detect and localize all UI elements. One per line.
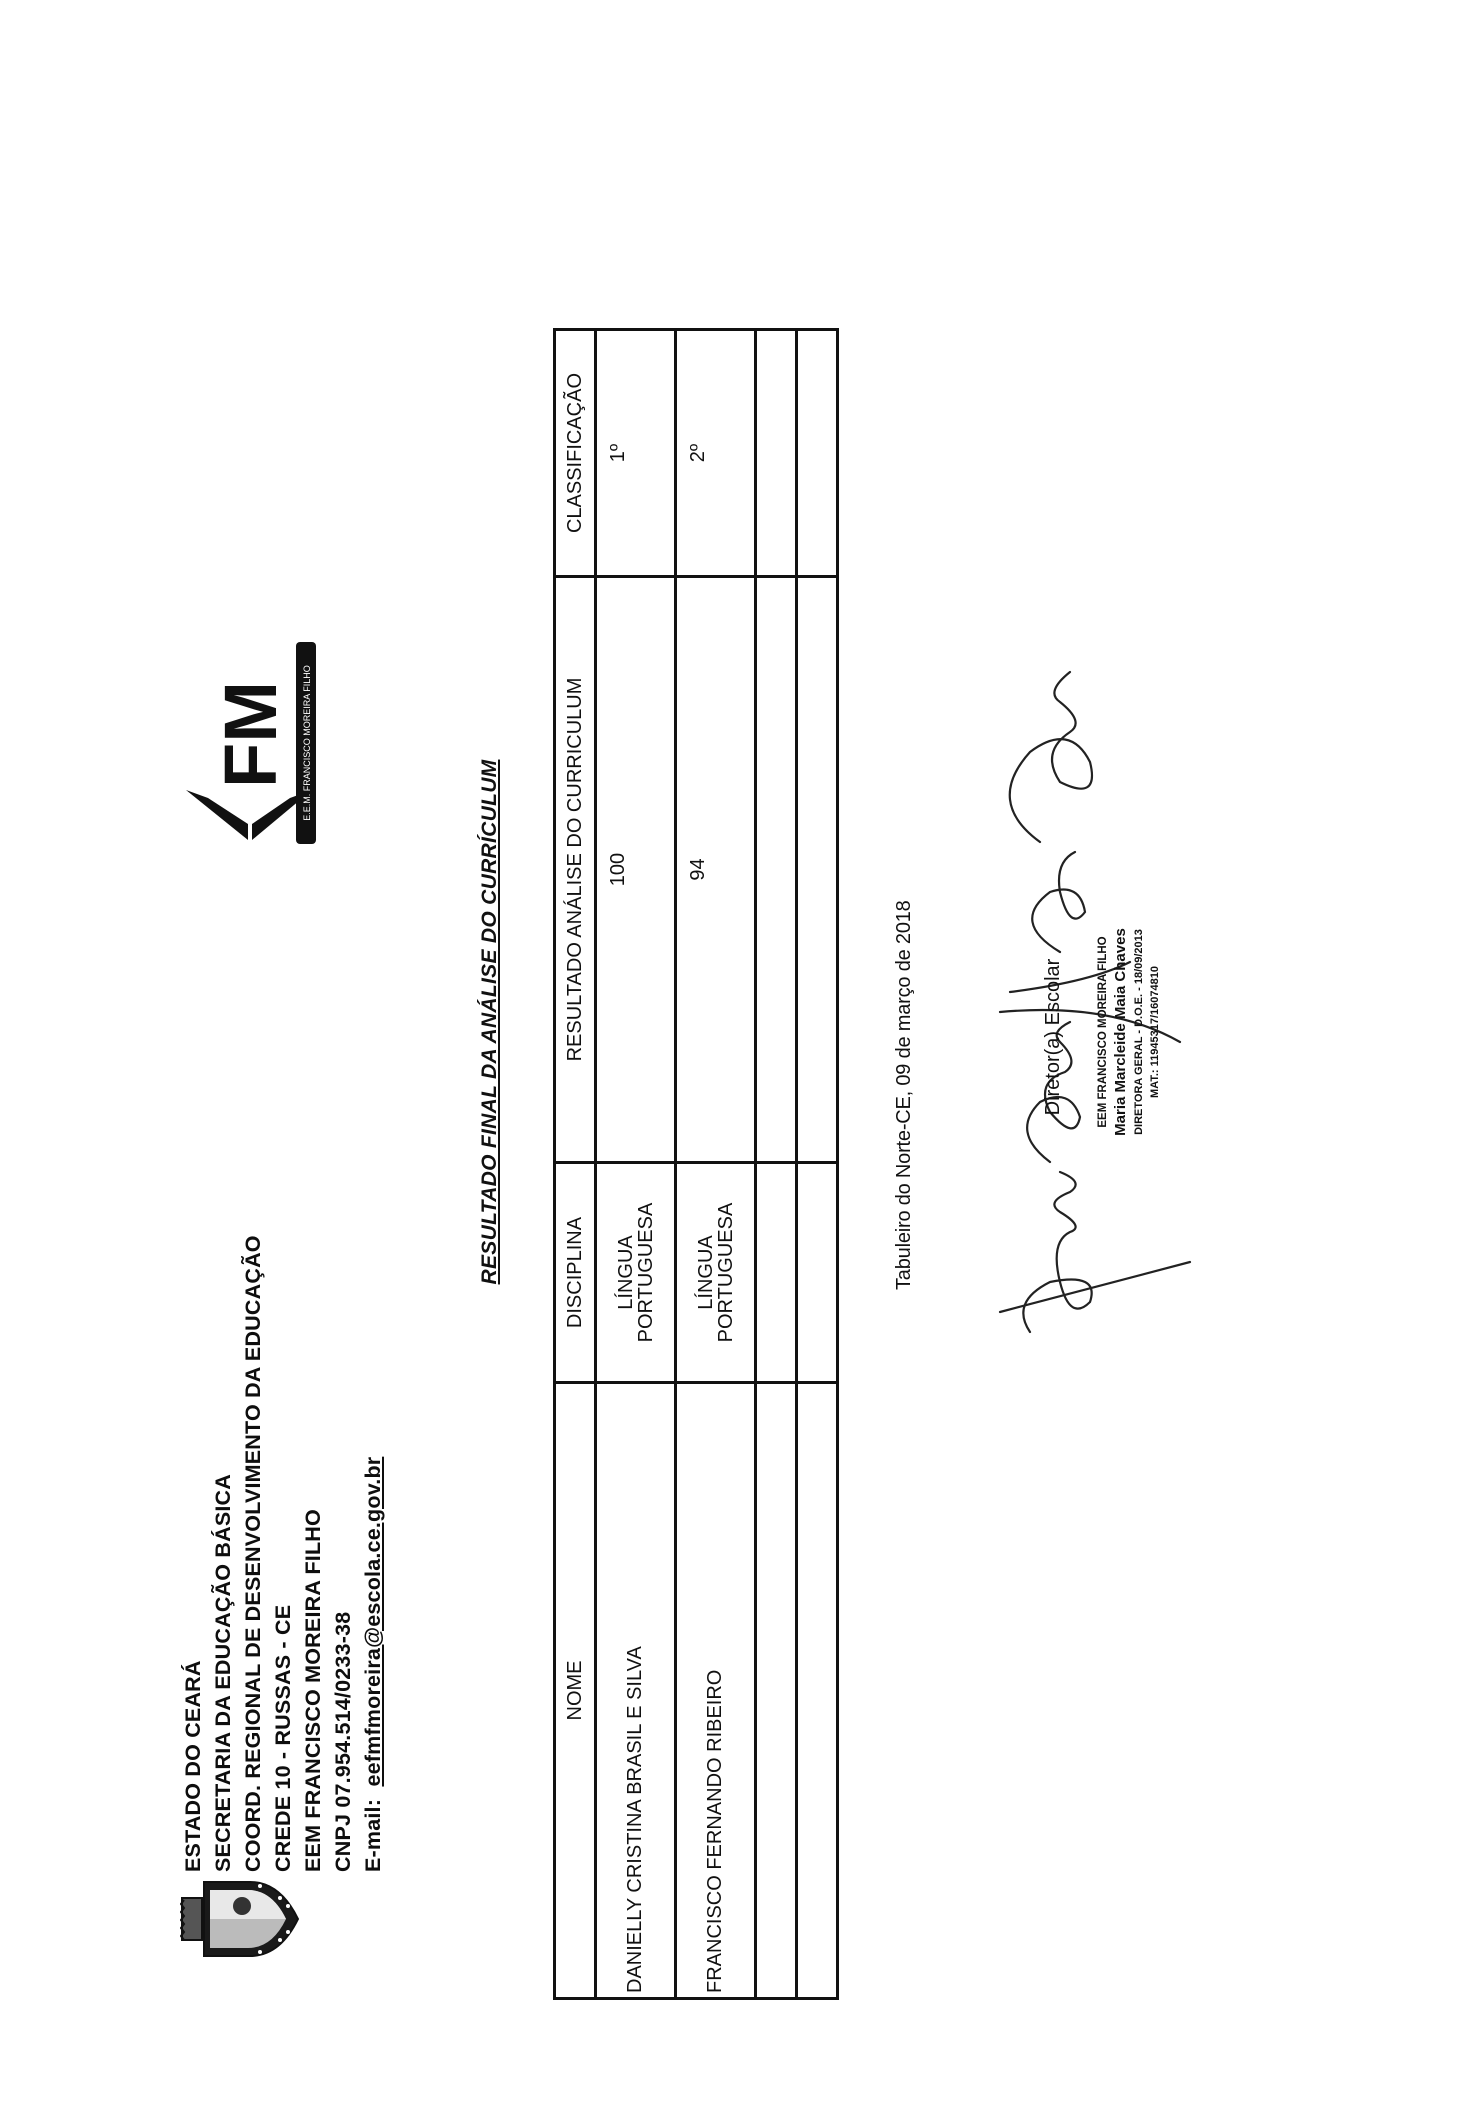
header-line-school: EEM FRANCISCO MOREIRA FILHO [298,1235,328,1872]
column-header-classificacao: CLASSIFICAÇÃO [555,330,596,577]
cell-nome: DANIELLY CRISTINA BRASIL E SILVA [596,1383,676,1999]
table-row: FRANCISCO FERNANDO RIBEIRO LÍNGUA PORTUG… [676,330,756,1999]
stamp-registration: MAT.: 11945317/16074810 [1147,882,1163,1182]
column-header-disciplina: DISCIPLINA [555,1163,596,1383]
institution-header: ESTADO DO CEARÁ SECRETARIA DA EDUCAÇÃO B… [178,1235,388,1872]
table-row-empty [797,330,838,1999]
email-label: E-mail: [361,1799,385,1872]
empty-cell [797,1383,838,1999]
empty-cell [756,1383,797,1999]
empty-cell [756,330,797,577]
document-title: RESULTADO FINAL DA ANÁLISE DO CURRÍCULUM [478,632,502,1412]
table-row-empty [756,330,797,1999]
signer-role: Diretor(a) Escolar [1042,937,1065,1137]
stamp-position: DIRETORA GERAL - D.O.E. - 18/09/2013 [1131,882,1147,1182]
cell-resultado: 100 [596,577,676,1163]
header-line-cnpj: CNPJ 07.954.514/0233-38 [328,1235,358,1872]
cell-disciplina-line1: LÍNGUA [696,1170,716,1375]
table-header-row: NOME DISCIPLINA RESULTADO ANÁLISE DO CUR… [555,330,596,1999]
official-stamp: EEM FRANCISCO MOREIRA FILHO Maria Marcle… [1095,882,1163,1182]
table-row: DANIELLY CRISTINA BRASIL E SILVA LÍNGUA … [596,330,676,1999]
cell-disciplina-line1: LÍNGUA [616,1170,636,1375]
header-line-email: E-mail: eefmfmoreira@escola.ce.gov.br [358,1235,388,1872]
cell-classificacao: 1º [596,330,676,577]
empty-cell [756,577,797,1163]
cell-disciplina: LÍNGUA PORTUGUESA [676,1163,756,1383]
header-line-crede: CREDE 10 - RUSSAS - CE [268,1235,298,1872]
header-line-coordination: COORD. REGIONAL DE DESENVOLVIMENTO DA ED… [238,1235,268,1872]
results-table: NOME DISCIPLINA RESULTADO ANÁLISE DO CUR… [553,328,839,2000]
empty-cell [797,577,838,1163]
date-place-line: Tabuleiro do Norte-CE, 09 de março de 20… [893,900,916,1290]
svg-text:FM: FM [209,681,292,788]
header-line-secretariat: SECRETARIA DA EDUCAÇÃO BÁSICA [208,1235,238,1872]
school-fm-logo-icon: FM E.E.M. FRANCISCO MOREIRA FILHO [178,638,323,850]
cell-nome: FRANCISCO FERNANDO RIBEIRO [676,1383,756,1999]
cell-disciplina: LÍNGUA PORTUGUESA [596,1163,676,1383]
email-link[interactable]: eefmfmoreira@escola.ce.gov.br [361,1457,385,1787]
svg-text:E.E.M. FRANCISCO MOREIRA FILHO: E.E.M. FRANCISCO MOREIRA FILHO [302,665,312,821]
empty-cell [797,330,838,577]
cell-disciplina-line2: PORTUGUESA [716,1170,736,1375]
scanned-document-page: ESTADO DO CEARÁ SECRETARIA DA EDUCAÇÃO B… [0,0,1472,2112]
column-header-resultado: RESULTADO ANÁLISE DO CURRICULUM [555,577,596,1163]
cell-disciplina-line2: PORTUGUESA [636,1170,656,1375]
header-line-state: ESTADO DO CEARÁ [178,1235,208,1872]
cell-resultado: 94 [676,577,756,1163]
empty-cell [797,1163,838,1383]
cell-classificacao: 2º [676,330,756,577]
empty-cell [756,1163,797,1383]
coat-of-arms-icon [180,1876,300,1962]
column-header-nome: NOME [555,1383,596,1999]
stamp-name: Maria Marcleide Maia Chaves [1111,882,1131,1182]
stamp-school: EEM FRANCISCO MOREIRA FILHO [1095,882,1111,1182]
